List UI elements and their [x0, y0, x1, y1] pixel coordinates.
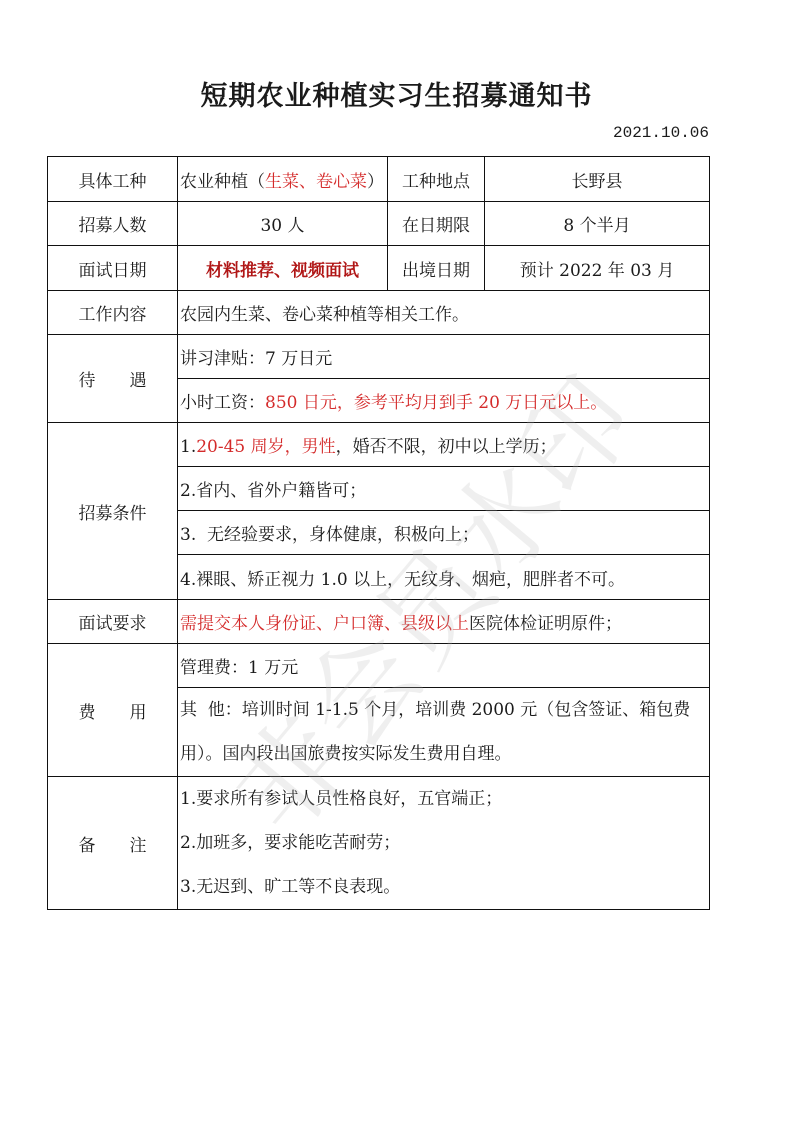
interview-req-label: 面试要求 [48, 600, 178, 644]
interview-date-label: 面试日期 [48, 246, 178, 291]
benefits-label: 待 遇 [48, 335, 178, 423]
location-value: 长野县 [485, 157, 710, 202]
table-row-interview-req: 面试要求 需提交本人身份证、户口簿、县级以上医院体检证明原件； [48, 600, 710, 644]
management-fee-value: 管理费：1 万元 [178, 644, 710, 688]
job-type-suffix: ） [367, 172, 384, 192]
departure-label: 出境日期 [388, 246, 485, 291]
table-row-requirement-1: 招募条件 1.20-45 周岁，男性，婚否不限，初中以上学历； [48, 423, 710, 467]
job-type-prefix: 农业种植（ [180, 172, 265, 192]
location-label: 工种地点 [388, 157, 485, 202]
hourly-wage-prefix: 小时工资： [180, 393, 265, 413]
other-fees-value: 其 他：培训时间 1-1.5 个月，培训费 2000 元（包含签证、箱包费用）。… [178, 688, 710, 777]
table-row-remarks: 备 注 1.要求所有参试人员性格良好，五官端正； 2.加班多，要求能吃苦耐劳； … [48, 777, 710, 910]
requirement-item-3: 3. 无经验要求，身体健康，积极向上； [178, 511, 710, 555]
duration-label: 在日期限 [388, 202, 485, 246]
fees-label: 费 用 [48, 644, 178, 777]
document-title: 短期农业种植实习生招募通知书 [0, 74, 793, 113]
work-content-value: 农园内生菜、卷心菜种植等相关工作。 [178, 291, 710, 335]
requirement-prefix: 1. [180, 437, 196, 457]
hourly-wage-value: 小时工资：850 日元，参考平均月到手 20 万日元以上。 [178, 379, 710, 423]
requirement-item-4: 4.裸眼、矫正视力 1.0 以上，无纹身、烟疤，肥胖者不可。 [178, 555, 710, 600]
requirement-item-2: 2.省内、省外户籍皆可； [178, 467, 710, 511]
headcount-value: 30 人 [178, 202, 388, 246]
allowance-value: 讲习津贴：7 万日元 [178, 335, 710, 379]
job-type-label: 具体工种 [48, 157, 178, 202]
table-row-job-type: 具体工种 农业种植（生菜、卷心菜） 工种地点 长野县 [48, 157, 710, 202]
document-date: 2021.10.06 [613, 124, 709, 142]
remarks-list: 1.要求所有参试人员性格良好，五官端正； 2.加班多，要求能吃苦耐劳； 3.无迟… [178, 777, 710, 910]
job-type-value: 农业种植（生菜、卷心菜） [178, 157, 388, 202]
interview-req-highlight: 需提交本人身份证、户口簿、县级以上 [180, 614, 469, 634]
table-row-benefits-1: 待 遇 讲习津贴：7 万日元 [48, 335, 710, 379]
work-content-label: 工作内容 [48, 291, 178, 335]
job-type-highlight: 生菜、卷心菜 [265, 172, 367, 192]
requirements-label: 招募条件 [48, 423, 178, 600]
duration-value: 8 个半月 [485, 202, 710, 246]
table-row-headcount: 招募人数 30 人 在日期限 8 个半月 [48, 202, 710, 246]
hourly-wage-highlight: 850 日元，参考平均月到手 20 万日元以上。 [265, 393, 607, 413]
remark-item-1: 1.要求所有参试人员性格良好，五官端正； [180, 777, 707, 821]
remark-item-2: 2.加班多，要求能吃苦耐劳； [180, 821, 707, 865]
departure-value: 预计 2022 年 03 月 [485, 246, 710, 291]
table-row-fees-1: 费 用 管理费：1 万元 [48, 644, 710, 688]
requirement-highlight: 20-45 周岁，男性 [196, 437, 335, 457]
remark-item-3: 3.无迟到、旷工等不良表现。 [180, 865, 707, 909]
headcount-label: 招募人数 [48, 202, 178, 246]
table-row-interview-date: 面试日期 材料推荐、视频面试 出境日期 预计 2022 年 03 月 [48, 246, 710, 291]
requirement-rest: ，婚否不限，初中以上学历； [336, 437, 557, 457]
interview-req-value: 需提交本人身份证、户口簿、县级以上医院体检证明原件； [178, 600, 710, 644]
remarks-label: 备 注 [48, 777, 178, 910]
recruitment-table: 具体工种 农业种植（生菜、卷心菜） 工种地点 长野县 招募人数 30 人 在日期… [47, 156, 710, 910]
requirement-item-1: 1.20-45 周岁，男性，婚否不限，初中以上学历； [178, 423, 710, 467]
interview-req-rest: 医院体检证明原件； [469, 614, 622, 634]
table-row-work-content: 工作内容 农园内生菜、卷心菜种植等相关工作。 [48, 291, 710, 335]
interview-date-value: 材料推荐、视频面试 [178, 246, 388, 291]
